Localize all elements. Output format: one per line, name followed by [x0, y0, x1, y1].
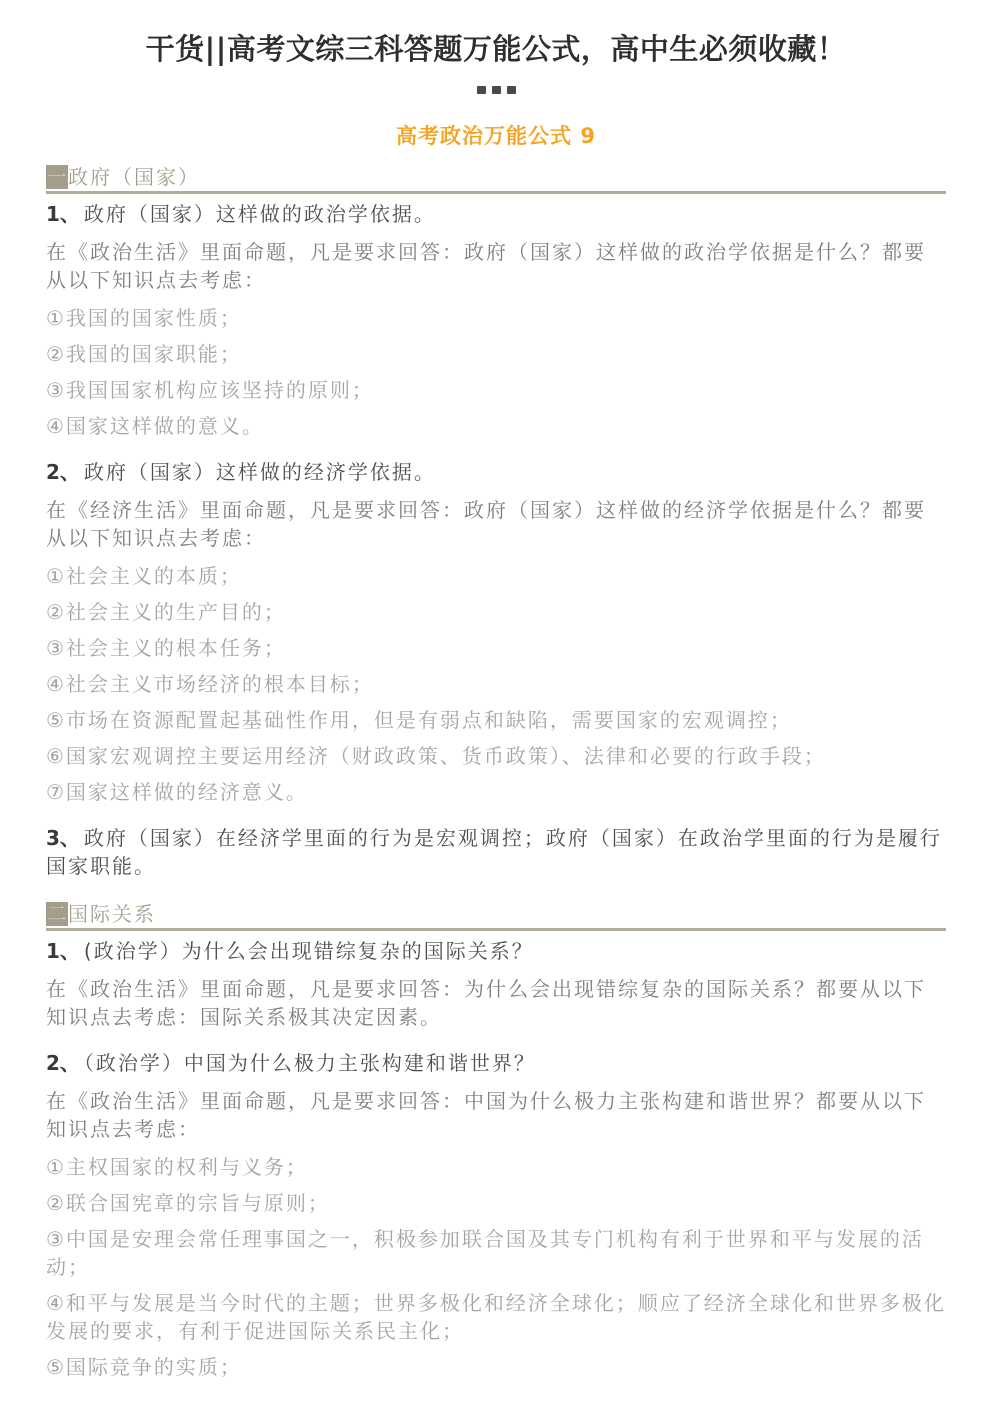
- separator-dots-icon: [46, 86, 946, 94]
- list-item: ④和平与发展是当今时代的主题；世界多极化和经济全球化；顺应了经济全球化和世界多极…: [46, 1289, 946, 1345]
- list-item: ③中国是安理会常任理事国之一，积极参加联合国及其专门机构有利于世界和平与发展的活…: [46, 1225, 946, 1281]
- section-marker: 二: [46, 902, 68, 926]
- point-number: 1、: [46, 939, 80, 963]
- numbered-point: 2、政府（国家）这样做的经济学依据。: [46, 458, 946, 486]
- dot-icon: [477, 86, 486, 94]
- article-page: 干货||高考文综三科答题万能公式，高中生必须收藏！ 高考政治万能公式 9 一 政…: [0, 0, 992, 1403]
- paragraph: 在《政治生活》里面命题，凡是要求回答：政府（国家）这样做的政治学依据是什么？都要…: [46, 238, 946, 294]
- section-header: 二 国际关系: [46, 902, 946, 931]
- section-title: 国际关系: [68, 902, 156, 926]
- numbered-point: 2、（政治学）中国为什么极力主张构建和谐世界？: [46, 1049, 946, 1077]
- list-item: ②社会主义的生产目的；: [46, 598, 946, 626]
- list-item: ②联合国宪章的宗旨与原则；: [46, 1189, 946, 1217]
- section-title: 政府（国家）: [68, 165, 200, 189]
- dot-icon: [492, 86, 501, 94]
- list-item: ③社会主义的根本任务；: [46, 634, 946, 662]
- point-number: 2、: [46, 460, 80, 484]
- list-item: ④社会主义市场经济的根本目标；: [46, 670, 946, 698]
- article-title: 干货||高考文综三科答题万能公式，高中生必须收藏！: [60, 32, 932, 66]
- section-government: 一 政府（国家） 1、政府（国家）这样做的政治学依据。 在《政治生活》里面命题，…: [46, 165, 946, 880]
- point-text: 政府（国家）这样做的经济学依据。: [84, 460, 436, 484]
- list-item: ②我国的国家职能；: [46, 340, 946, 368]
- section-header: 一 政府（国家）: [46, 165, 946, 194]
- numbered-point: 1、政府（国家）这样做的政治学依据。: [46, 200, 946, 228]
- list-item: ①主权国家的权利与义务；: [46, 1153, 946, 1181]
- list-item: ③我国国家机构应该坚持的原则；: [46, 376, 946, 404]
- paragraph: 在《政治生活》里面命题，凡是要求回答：中国为什么极力主张构建和谐世界？都要从以下…: [46, 1087, 946, 1143]
- list-item: ⑥国家宏观调控主要运用经济（财政政策、货币政策）、法律和必要的行政手段；: [46, 742, 946, 770]
- paragraph: 在《经济生活》里面命题，凡是要求回答：政府（国家）这样做的经济学依据是什么？都要…: [46, 496, 946, 552]
- numbered-point: 1、(政治学）为什么会出现错综复杂的国际关系？: [46, 937, 946, 965]
- point-text: (政治学）为什么会出现错综复杂的国际关系？: [84, 939, 534, 963]
- list-item: ⑤国际竞争的实质；: [46, 1353, 946, 1381]
- list-item: ⑤市场在资源配置起基础性作用，但是有弱点和缺陷，需要国家的宏观调控；: [46, 706, 946, 734]
- list-item: ⑦国家这样做的经济意义。: [46, 778, 946, 806]
- point-number: 3、: [46, 826, 80, 850]
- point-text: 政府（国家）这样做的政治学依据。: [84, 202, 436, 226]
- paragraph: 在《政治生活》里面命题，凡是要求回答：为什么会出现错综复杂的国际关系？都要从以下…: [46, 975, 946, 1031]
- point-number: 1、: [46, 202, 80, 226]
- numbered-point: 3、政府（国家）在经济学里面的行为是宏观调控；政府（国家）在政治学里面的行为是履…: [46, 824, 946, 880]
- list-item: ①我国的国家性质；: [46, 304, 946, 332]
- point-text: 政府（国家）在经济学里面的行为是宏观调控；政府（国家）在政治学里面的行为是履行国…: [46, 826, 942, 878]
- point-text: （政治学）中国为什么极力主张构建和谐世界？: [84, 1051, 536, 1075]
- dot-icon: [507, 86, 516, 94]
- section-international-relations: 二 国际关系 1、(政治学）为什么会出现错综复杂的国际关系？ 在《政治生活》里面…: [46, 902, 946, 1381]
- point-number: 2、: [46, 1051, 80, 1075]
- list-item: ④国家这样做的意义。: [46, 412, 946, 440]
- section-marker: 一: [46, 165, 68, 189]
- article-subtitle: 高考政治万能公式 9: [46, 124, 946, 149]
- list-item: ①社会主义的本质；: [46, 562, 946, 590]
